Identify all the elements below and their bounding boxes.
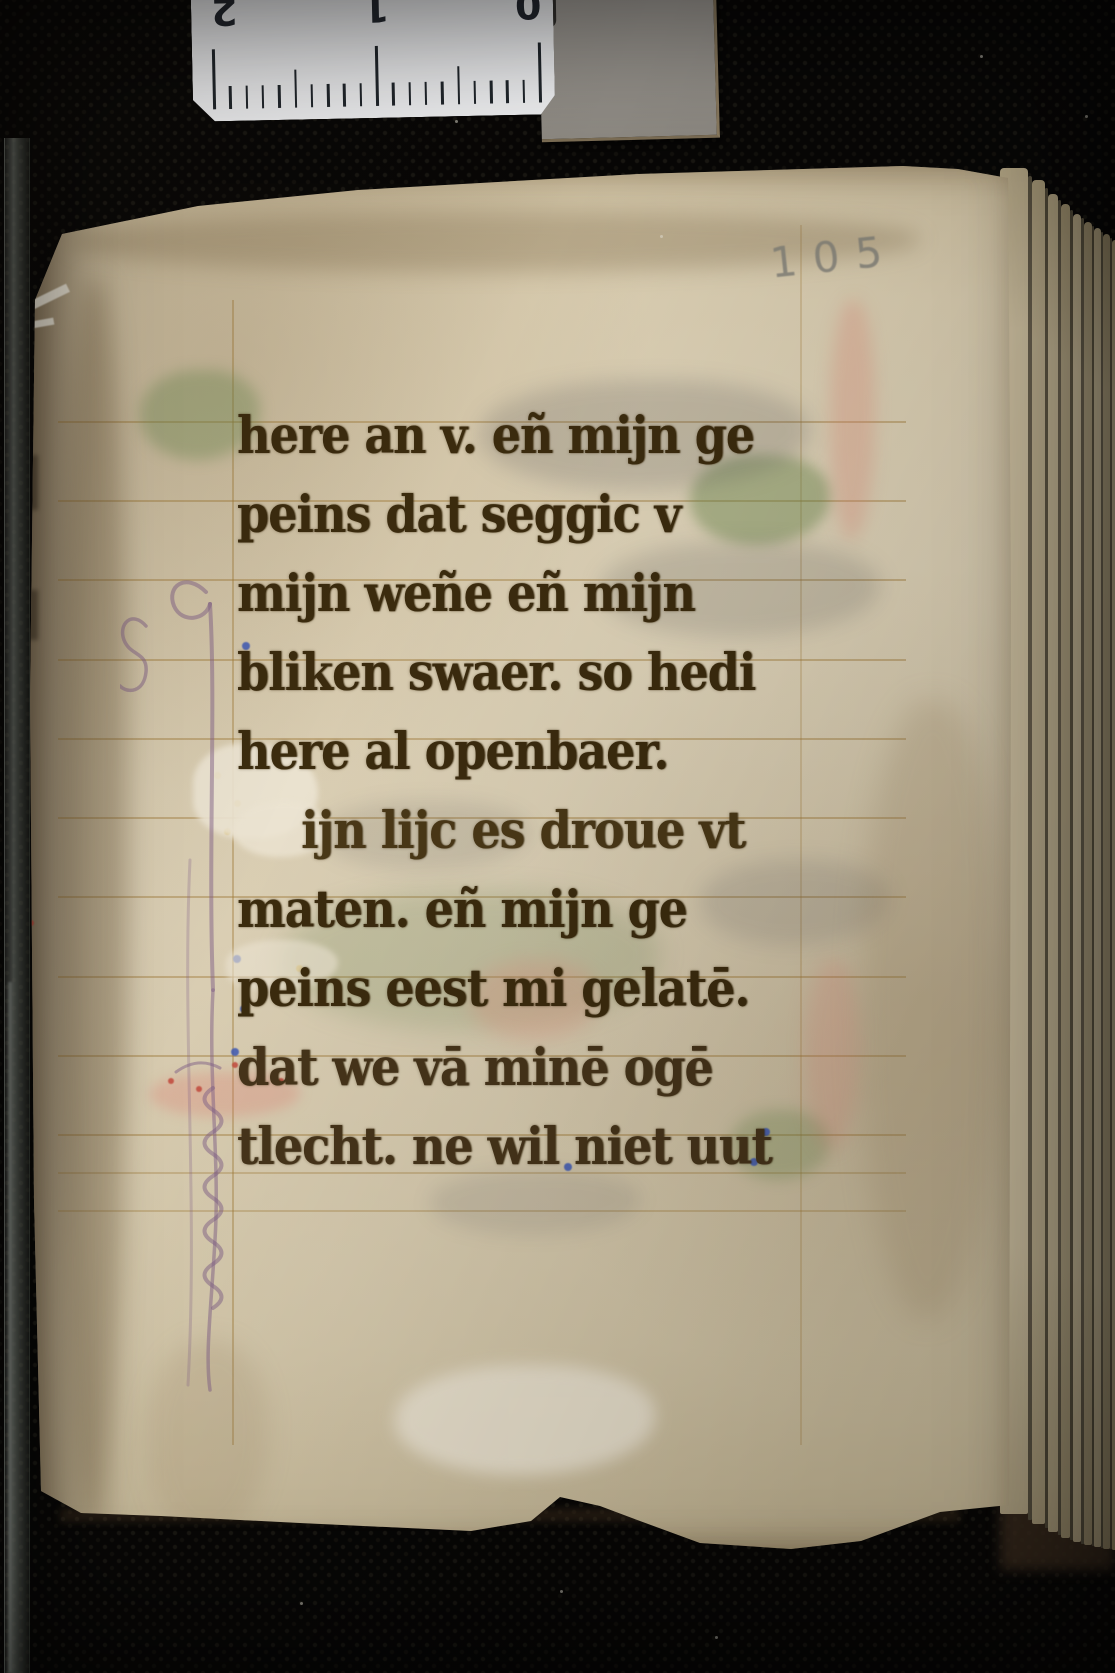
fore-edge-leaf [1032,180,1045,1524]
ruler-tick [375,46,379,106]
ruler-number: 0 [515,0,542,27]
torn-pale-patch [395,1365,655,1475]
fore-edge-page-stack [1000,148,1115,1550]
ruler-tick [457,66,460,104]
ruler-tick [294,70,297,108]
manuscript-text-line: here an v. eñ mijn ge [237,391,772,479]
grey-card [538,0,720,142]
dust-speck [660,235,663,238]
dust-speck [300,1602,303,1605]
ruler-tick [245,86,248,109]
fore-edge-leaf [1048,194,1058,1532]
manuscript-text-line: maten. eñ mijn ge [237,865,772,953]
dust-speck [980,55,983,58]
dust-speck [560,1590,563,1593]
pink-offset-stain [830,300,875,540]
page-top-edge [36,130,995,199]
ruler-tick [538,42,542,102]
manuscript-text-line: here al openbaer. [237,707,772,795]
dust-speck [455,120,458,123]
ruler-tick [262,85,265,108]
ruler-tick [229,86,232,109]
ruler-tick [359,83,362,106]
manuscript-text-line: peins eest mi gelatē. [237,944,772,1032]
ruler-tick [212,49,216,109]
fore-edge-leaf [1084,222,1092,1545]
ruler-tick [441,82,444,105]
text-block: here an v. eñ mijn ge peins dat seggic v… [237,396,772,1186]
manuscript-page: 105 here an v. eñ mijn ge peins dat segg… [28,160,1018,1552]
manuscript-text-line: ijn lijc es droue vt [237,786,772,874]
fore-edge-leaf [1073,214,1081,1542]
ruler-number: 2 [211,0,238,33]
ruler-tick [392,83,395,106]
scale-ruler: 2 1 0 [191,0,556,122]
ruler-tick [522,80,525,103]
fore-edge-leaf [1094,228,1101,1547]
dust-speck [715,1636,718,1639]
ruled-line-vertical [800,225,802,1445]
ruler-tick [506,80,509,103]
ruler-tick [327,84,330,107]
dust-speck [1085,115,1088,118]
ruler-tick [490,81,493,104]
manuscript-text-line: mijn weñe eñ mijn [237,549,772,637]
binding-thread [30,284,70,310]
fore-edge-leaf [1103,234,1110,1549]
manuscript-text-line: dat we vā minē ogē [237,1023,772,1111]
ruler-tick [343,84,346,107]
ruler-scale-ticks [212,39,539,110]
pink-offset-stain [805,960,860,1150]
ruler-number: 1 [363,0,390,30]
ruler-tick [408,82,411,105]
ruler-tick [473,81,476,104]
gutter-shading [58,280,128,1530]
right-margin-soiling [860,700,1000,1320]
ruler-tick [278,85,281,108]
manuscript-text-line: bliken swaer. so hedi [237,628,772,716]
glass-strip [4,138,30,1673]
ruler-tick [424,82,427,105]
manuscript-photo: 2 1 0 105 here an [0,0,1115,1673]
manuscript-text-line: peins dat seggic v [237,470,772,558]
ruler-tick [310,84,313,107]
manuscript-text-line: tlecht. ne wil niet uut [237,1102,772,1190]
fore-edge-leaf [1061,204,1070,1538]
